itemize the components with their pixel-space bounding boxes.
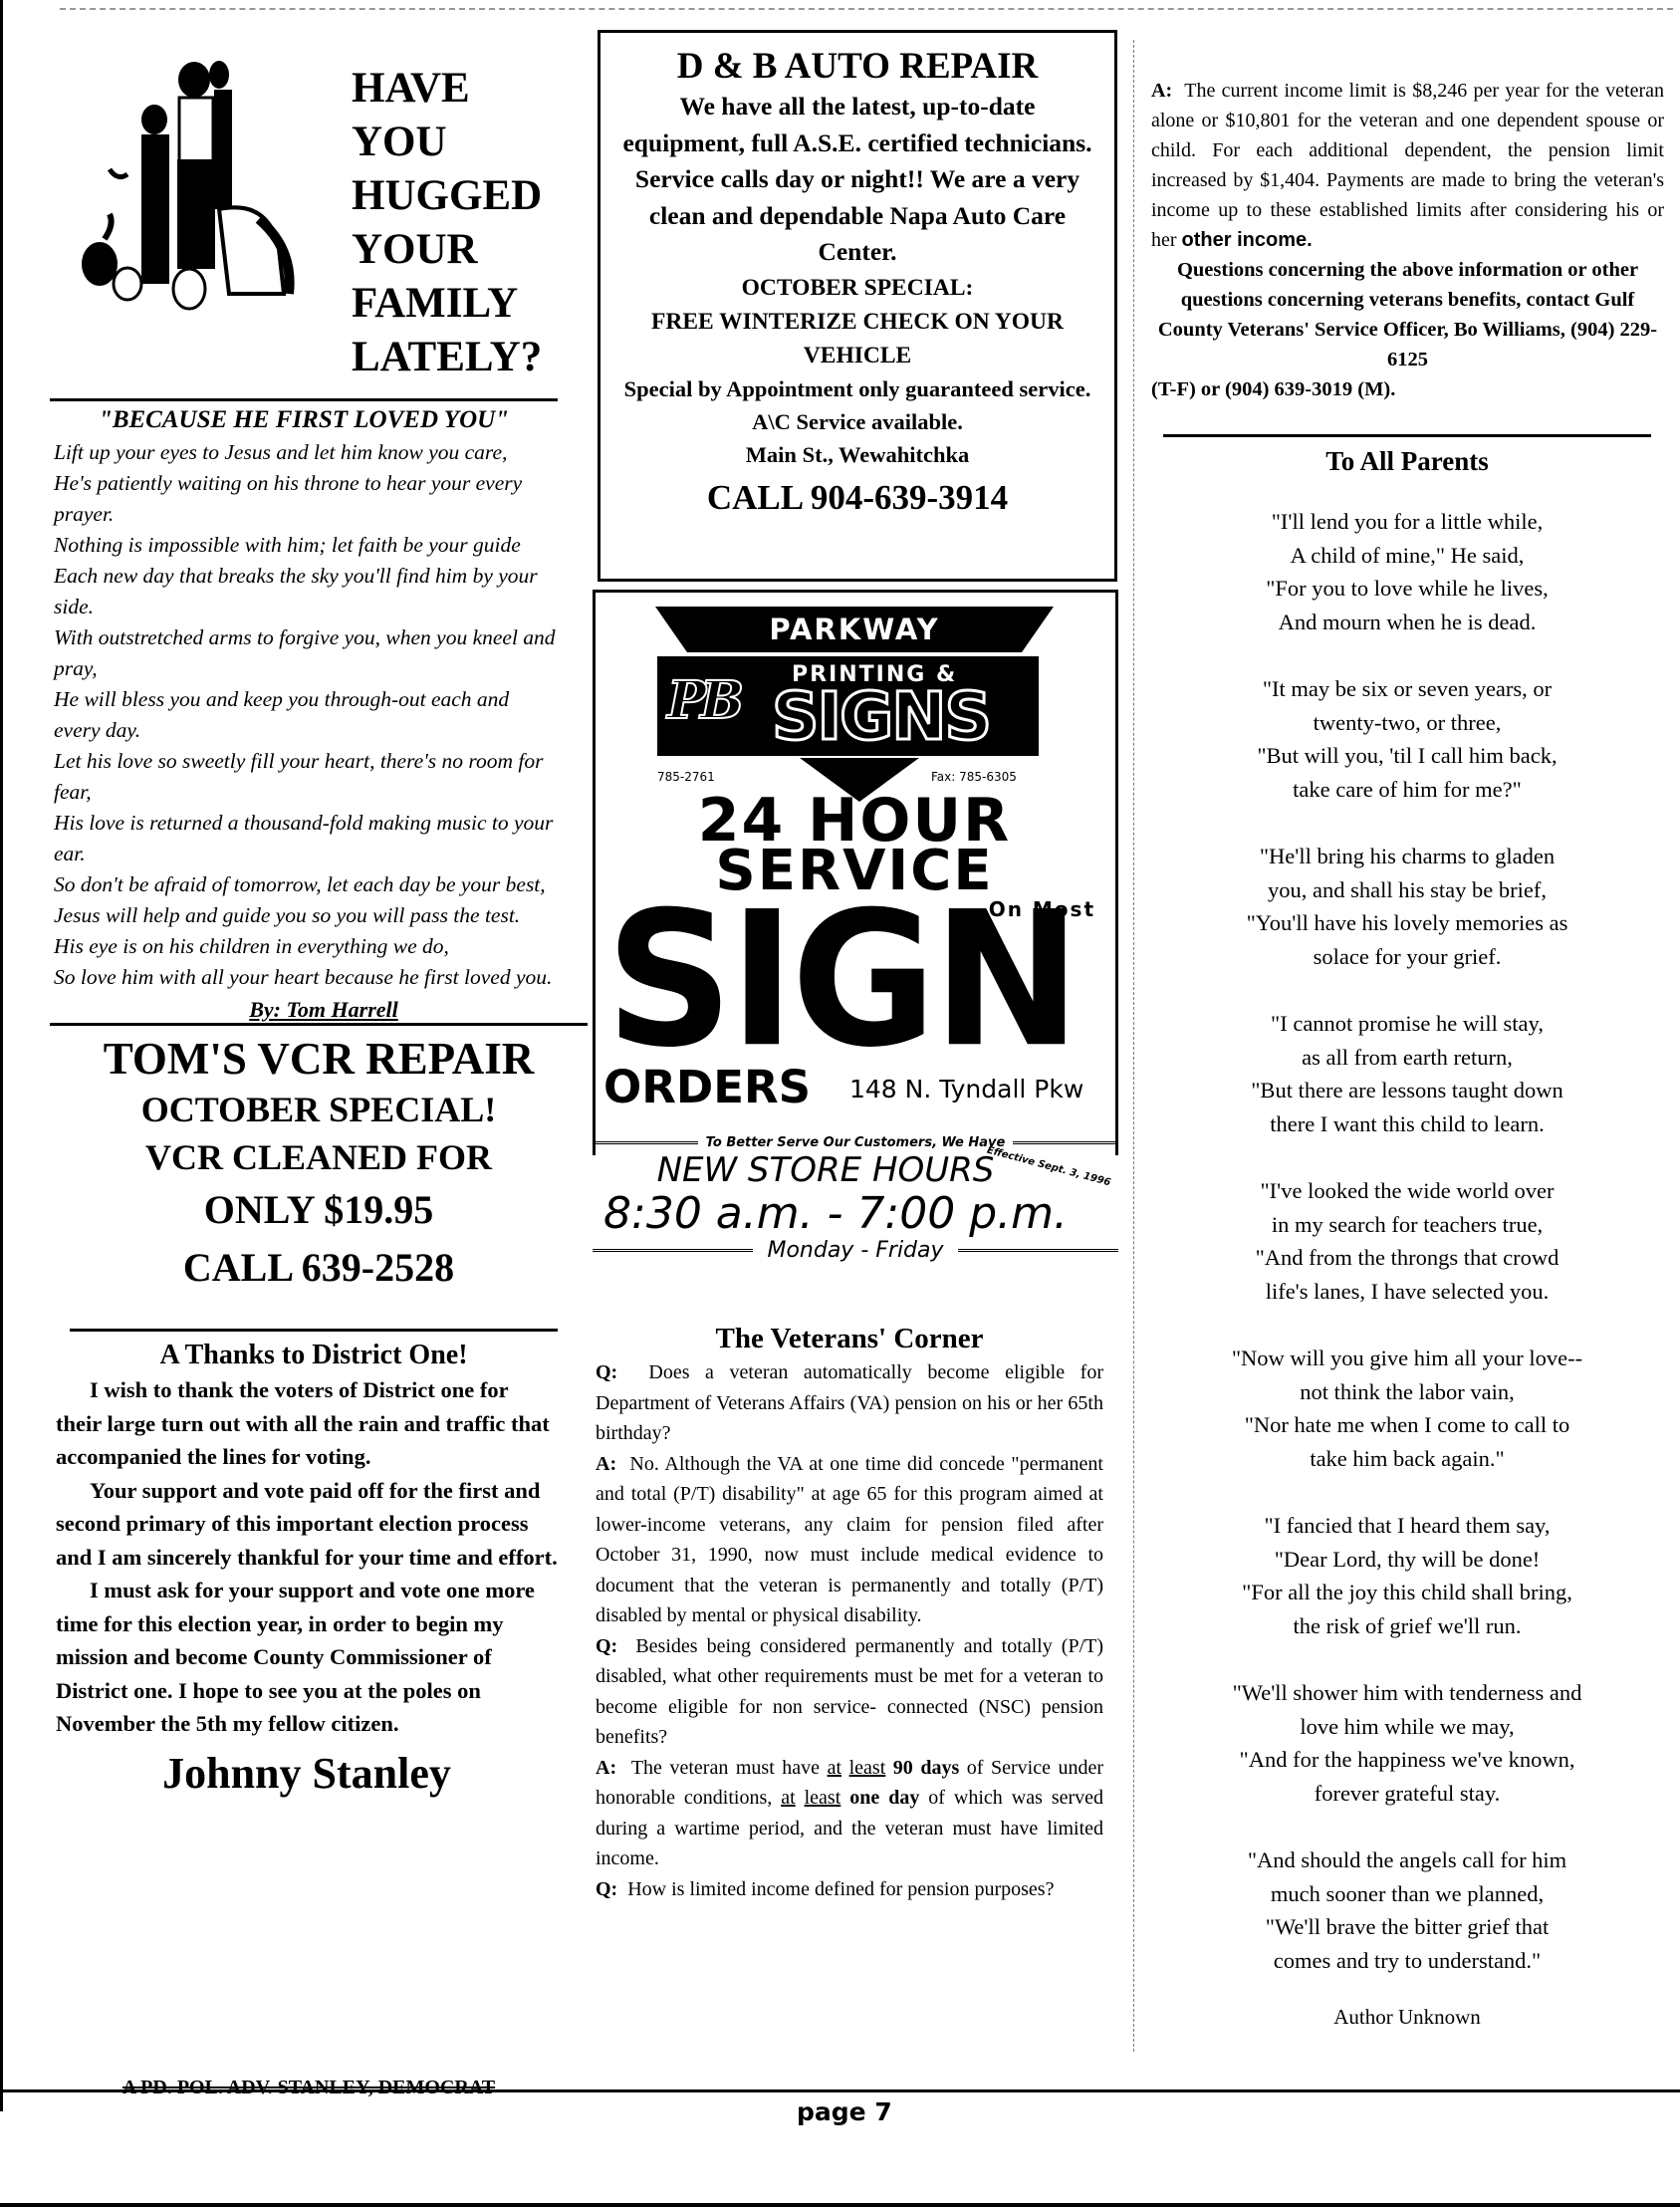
poem-line: A child of mine," He said, xyxy=(1163,539,1651,573)
poem-line: "He'll bring his charms to gladen xyxy=(1163,840,1651,873)
stanza: "I fancied that I heard them say, "Dear … xyxy=(1163,1509,1651,1642)
question-text: How is limited income defined for pensio… xyxy=(627,1878,1054,1900)
db-phone: CALL 904-639-3914 xyxy=(600,471,1114,525)
question-text: Does a veteran automatically become elig… xyxy=(596,1361,1103,1444)
db-body: We have all the latest, up-to-date equip… xyxy=(600,89,1114,271)
poem-line: "We'll shower him with tenderness and xyxy=(1163,1676,1651,1710)
qa-answer: A: No. Although the VA at one time did c… xyxy=(596,1449,1103,1631)
emphasis: one day xyxy=(849,1787,919,1809)
stanza: "I cannot promise he will stay, as all f… xyxy=(1163,1007,1651,1140)
store-hours: To Better Serve Our Customers, We Have N… xyxy=(593,1135,1118,1263)
column-divider xyxy=(1133,40,1134,2052)
poem-author: Author Unknown xyxy=(1163,2005,1651,2030)
veterans-corner: The Veterans' Corner Q: Does a veteran a… xyxy=(596,1320,1103,1904)
poem-line: "I cannot promise he will stay, xyxy=(1163,1007,1651,1041)
poem-line: solace for your grief. xyxy=(1163,940,1651,974)
hours-title: NEW STORE HOURS xyxy=(593,1150,1118,1190)
stanza: "We'll shower him with tenderness and lo… xyxy=(1163,1676,1651,1810)
hug-family-ad: HAVE YOU HUGGED YOUR FAMILY LATELY? xyxy=(40,30,558,398)
a-label: A: xyxy=(596,1757,616,1779)
poem-line: "It may be six or seven years, or xyxy=(1163,672,1651,706)
poem-title: "BECAUSE HE FIRST LOVED YOU" xyxy=(50,405,558,435)
family-illustration-icon xyxy=(70,50,329,329)
thanks-district-one-ad: A Thanks to District One! I wish to than… xyxy=(70,1329,558,1801)
poem-line: Lift up your eyes to Jesus and let him k… xyxy=(50,437,558,468)
q-label: Q: xyxy=(596,1878,617,1900)
hug-line: HUGGED xyxy=(352,169,542,223)
poem-line: "Dear Lord, thy will be done! xyxy=(1163,1543,1651,1577)
poem-line: "Nor hate me when I come to call to xyxy=(1163,1408,1651,1442)
poem-line: He's patiently waiting on his throne to … xyxy=(50,468,558,530)
poem-line: "I fancied that I heard them say, xyxy=(1163,1509,1651,1543)
poem-line: as all from earth return, xyxy=(1163,1041,1651,1075)
vcr-shop-name: TOM'S VCR REPAIR xyxy=(50,1032,588,1086)
poem-line: Nothing is impossible with him; let fait… xyxy=(50,530,558,561)
poem-line: you, and shall his stay be brief, xyxy=(1163,873,1651,907)
db-special-label: OCTOBER SPECIAL: xyxy=(600,271,1114,305)
parkway-fax: Fax: 785-6305 xyxy=(931,770,1017,784)
signs-label: SIGNS xyxy=(772,682,990,752)
hours-time: 8:30 a.m. - 7:00 p.m. xyxy=(593,1190,1118,1238)
a-label: A: xyxy=(1151,80,1172,102)
contact-phones: (T-F) or (904) 639-3019 (M). xyxy=(1151,374,1664,404)
pb-signs-logo: PB PRINTING & SIGNS xyxy=(657,656,1039,756)
db-terms: Special by Appointment only guaranteed s… xyxy=(600,372,1114,438)
poem-line: Each new day that breaks the sky you'll … xyxy=(50,561,558,622)
parkway-address: 148 N. Tyndall Pkw xyxy=(849,1075,1083,1104)
question-text: Besides being considered permanently and… xyxy=(596,1635,1103,1749)
thanks-paragraph: Your support and vote paid off for the f… xyxy=(56,1474,558,1575)
poem-line: So love him with all your heart because … xyxy=(50,962,558,993)
thanks-paragraph: I wish to thank the voters of District o… xyxy=(56,1373,558,1474)
db-auto-repair-ad: D & B AUTO REPAIR We have all the latest… xyxy=(598,30,1117,582)
stanza: "He'll bring his charms to gladen you, a… xyxy=(1163,840,1651,973)
poem-line: His love is returned a thousand-fold mak… xyxy=(50,808,558,869)
page-edge xyxy=(0,0,3,2111)
poem-line: in my search for teachers true, xyxy=(1163,1208,1651,1242)
hug-line: HAVE xyxy=(352,62,542,116)
stanza: "Now will you give him all your love-- n… xyxy=(1163,1342,1651,1475)
contact-text: Questions concerning the above informati… xyxy=(1151,255,1664,374)
days-text: Monday - Friday xyxy=(767,1238,943,1263)
parkway-signs-ad: PARKWAY PB PRINTING & SIGNS 785-2761 Fax… xyxy=(593,590,1118,1155)
poem-line: Jesus will help and guide you so you wil… xyxy=(50,900,558,931)
top-border xyxy=(60,8,1673,10)
parkway-banner: PARKWAY xyxy=(655,607,1054,652)
qa-question: Q: Besides being considered permanently … xyxy=(596,1631,1103,1753)
hug-line: YOU xyxy=(352,116,542,169)
db-special: FREE WINTERIZE CHECK ON YOUR VEHICLE xyxy=(600,305,1114,372)
political-disclaimer: A PD. POL. ADV. STANLEY, DEMOCRAT xyxy=(0,2077,558,2099)
stanza: "I'll lend you for a little while, A chi… xyxy=(1163,505,1651,638)
poem-line: love him while we may, xyxy=(1163,1710,1651,1744)
poem-line: Let his love so sweetly fill your heart,… xyxy=(50,746,558,808)
q-label: Q: xyxy=(596,1635,617,1657)
poem-title: To All Parents xyxy=(1163,445,1651,477)
disclaimer-text: A PD. POL. ADV. STANLEY, DEMOCRAT xyxy=(122,2077,495,2098)
hug-headline: HAVE YOU HUGGED YOUR FAMILY LATELY? xyxy=(352,62,542,384)
pb-initials: PB xyxy=(667,666,738,736)
emphasis: other income. xyxy=(1182,229,1313,251)
hours-days: Monday - Friday xyxy=(593,1238,1118,1263)
hug-line: YOUR xyxy=(352,223,542,277)
veterans-title: The Veterans' Corner xyxy=(596,1320,1103,1357)
poem-because-he-first-loved-you: "BECAUSE HE FIRST LOVED YOU" Lift up you… xyxy=(50,398,558,1023)
poem-body: Lift up your eyes to Jesus and let him k… xyxy=(50,437,558,993)
answer-text: No. Although the VA at one time did conc… xyxy=(596,1453,1103,1627)
poem-line: "And for the happiness we've known, xyxy=(1163,1743,1651,1777)
poem-line: With outstretched arms to forgive you, w… xyxy=(50,622,558,684)
poem-line: "I've looked the wide world over xyxy=(1163,1174,1651,1208)
answer-text: The current income limit is $8,246 per y… xyxy=(1151,80,1664,251)
poem-line: the risk of grief we'll run. xyxy=(1163,1609,1651,1643)
vcr-price: ONLY $19.95 xyxy=(50,1181,588,1239)
hours-intro: To Better Serve Our Customers, We Have xyxy=(593,1135,1118,1150)
poem-line: "And from the throngs that crowd xyxy=(1163,1241,1651,1275)
thanks-paragraph: I must ask for your support and vote one… xyxy=(56,1574,558,1741)
poem-line: take him back again." xyxy=(1163,1442,1651,1476)
db-name: D & B AUTO REPAIR xyxy=(600,45,1114,89)
poem-line: twenty-two, or three, xyxy=(1163,706,1651,740)
poem-line: "But will you, 'til I call him back, xyxy=(1163,739,1651,773)
poem-line: life's lanes, I have selected you. xyxy=(1163,1275,1651,1309)
poem-line: He will bless you and keep you through-o… xyxy=(50,684,558,746)
vcr-repair-ad: TOM'S VCR REPAIR OCTOBER SPECIAL! VCR CL… xyxy=(50,1023,588,1297)
stanza: "It may be six or seven years, or twenty… xyxy=(1163,672,1651,806)
qa-answer: A: The veteran must have at least 90 day… xyxy=(596,1753,1103,1874)
parkway-phone: 785-2761 xyxy=(657,770,715,784)
poem-line: much sooner than we planned, xyxy=(1163,1877,1651,1911)
db-address: Main St., Wewahitchka xyxy=(600,438,1114,471)
stanza: "I've looked the wide world over in my s… xyxy=(1163,1174,1651,1308)
poem-byline: By: Tom Harrell xyxy=(50,997,558,1023)
divider xyxy=(50,398,558,401)
signature: Johnny Stanley xyxy=(56,1747,558,1801)
page-bottom-edge xyxy=(0,2203,1680,2207)
emphasis: at xyxy=(781,1787,795,1809)
qa-question: Q: How is limited income defined for pen… xyxy=(596,1874,1103,1905)
poem-line: "We'll brave the bitter grief that xyxy=(1163,1910,1651,1944)
poem-line: not think the labor vain, xyxy=(1163,1375,1651,1409)
vcr-phone: CALL 639-2528 xyxy=(50,1239,588,1297)
vcr-offer: VCR CLEANED FOR xyxy=(50,1133,588,1181)
emphasis: least xyxy=(805,1787,841,1809)
vcr-special: OCTOBER SPECIAL! xyxy=(50,1086,588,1133)
poem-line: "You'll have his lovely memories as xyxy=(1163,906,1651,940)
poem-line: "For you to love while he lives, xyxy=(1163,572,1651,606)
emphasis: 90 days xyxy=(893,1757,959,1779)
poem-line: comes and try to understand." xyxy=(1163,1944,1651,1978)
poem-to-all-parents: To All Parents "I'll lend you for a litt… xyxy=(1163,434,1651,2030)
footer-rule xyxy=(0,2089,1680,2092)
poem-line: "But there are lessons taught down xyxy=(1163,1074,1651,1107)
stanza: "And should the angels call for him much… xyxy=(1163,1843,1651,1977)
poem-line: forever grateful stay. xyxy=(1163,1777,1651,1811)
page-number: page 7 xyxy=(797,2097,892,2126)
poem-line: His eye is on his children in everything… xyxy=(50,931,558,962)
emphasis: at xyxy=(828,1757,841,1779)
poem-line: And mourn when he is dead. xyxy=(1163,606,1651,639)
poem-line: "Now will you give him all your love-- xyxy=(1163,1342,1651,1375)
qa-answer-continued: A: The current income limit is $8,246 pe… xyxy=(1151,76,1664,255)
thanks-title: A Thanks to District One! xyxy=(70,1338,558,1373)
headline-sign: SIGN xyxy=(605,891,1078,1070)
poem-line: "And should the angels call for him xyxy=(1163,1843,1651,1877)
qa-question: Q: Does a veteran automatically become e… xyxy=(596,1357,1103,1449)
a-label: A: xyxy=(596,1453,616,1475)
poem-line: "For all the joy this child shall bring, xyxy=(1163,1576,1651,1609)
poem-line: take care of him for me?" xyxy=(1163,773,1651,807)
q-label: Q: xyxy=(596,1361,617,1383)
headline-orders: ORDERS xyxy=(603,1063,811,1112)
emphasis: least xyxy=(849,1757,886,1779)
hug-line: FAMILY xyxy=(352,277,542,331)
poem-line: "I'll lend you for a little while, xyxy=(1163,505,1651,539)
answer-text: The veteran must have xyxy=(631,1757,828,1779)
hug-line: LATELY? xyxy=(352,331,542,384)
right-column: A: The current income limit is $8,246 pe… xyxy=(1151,76,1664,2030)
poem-line: So don't be afraid of tomorrow, let each… xyxy=(50,869,558,900)
poem-line: there I want this child to learn. xyxy=(1163,1107,1651,1141)
veterans-contact: Questions concerning the above informati… xyxy=(1151,255,1664,404)
left-column: HAVE YOU HUGGED YOUR FAMILY LATELY? "BEC… xyxy=(40,30,558,1801)
